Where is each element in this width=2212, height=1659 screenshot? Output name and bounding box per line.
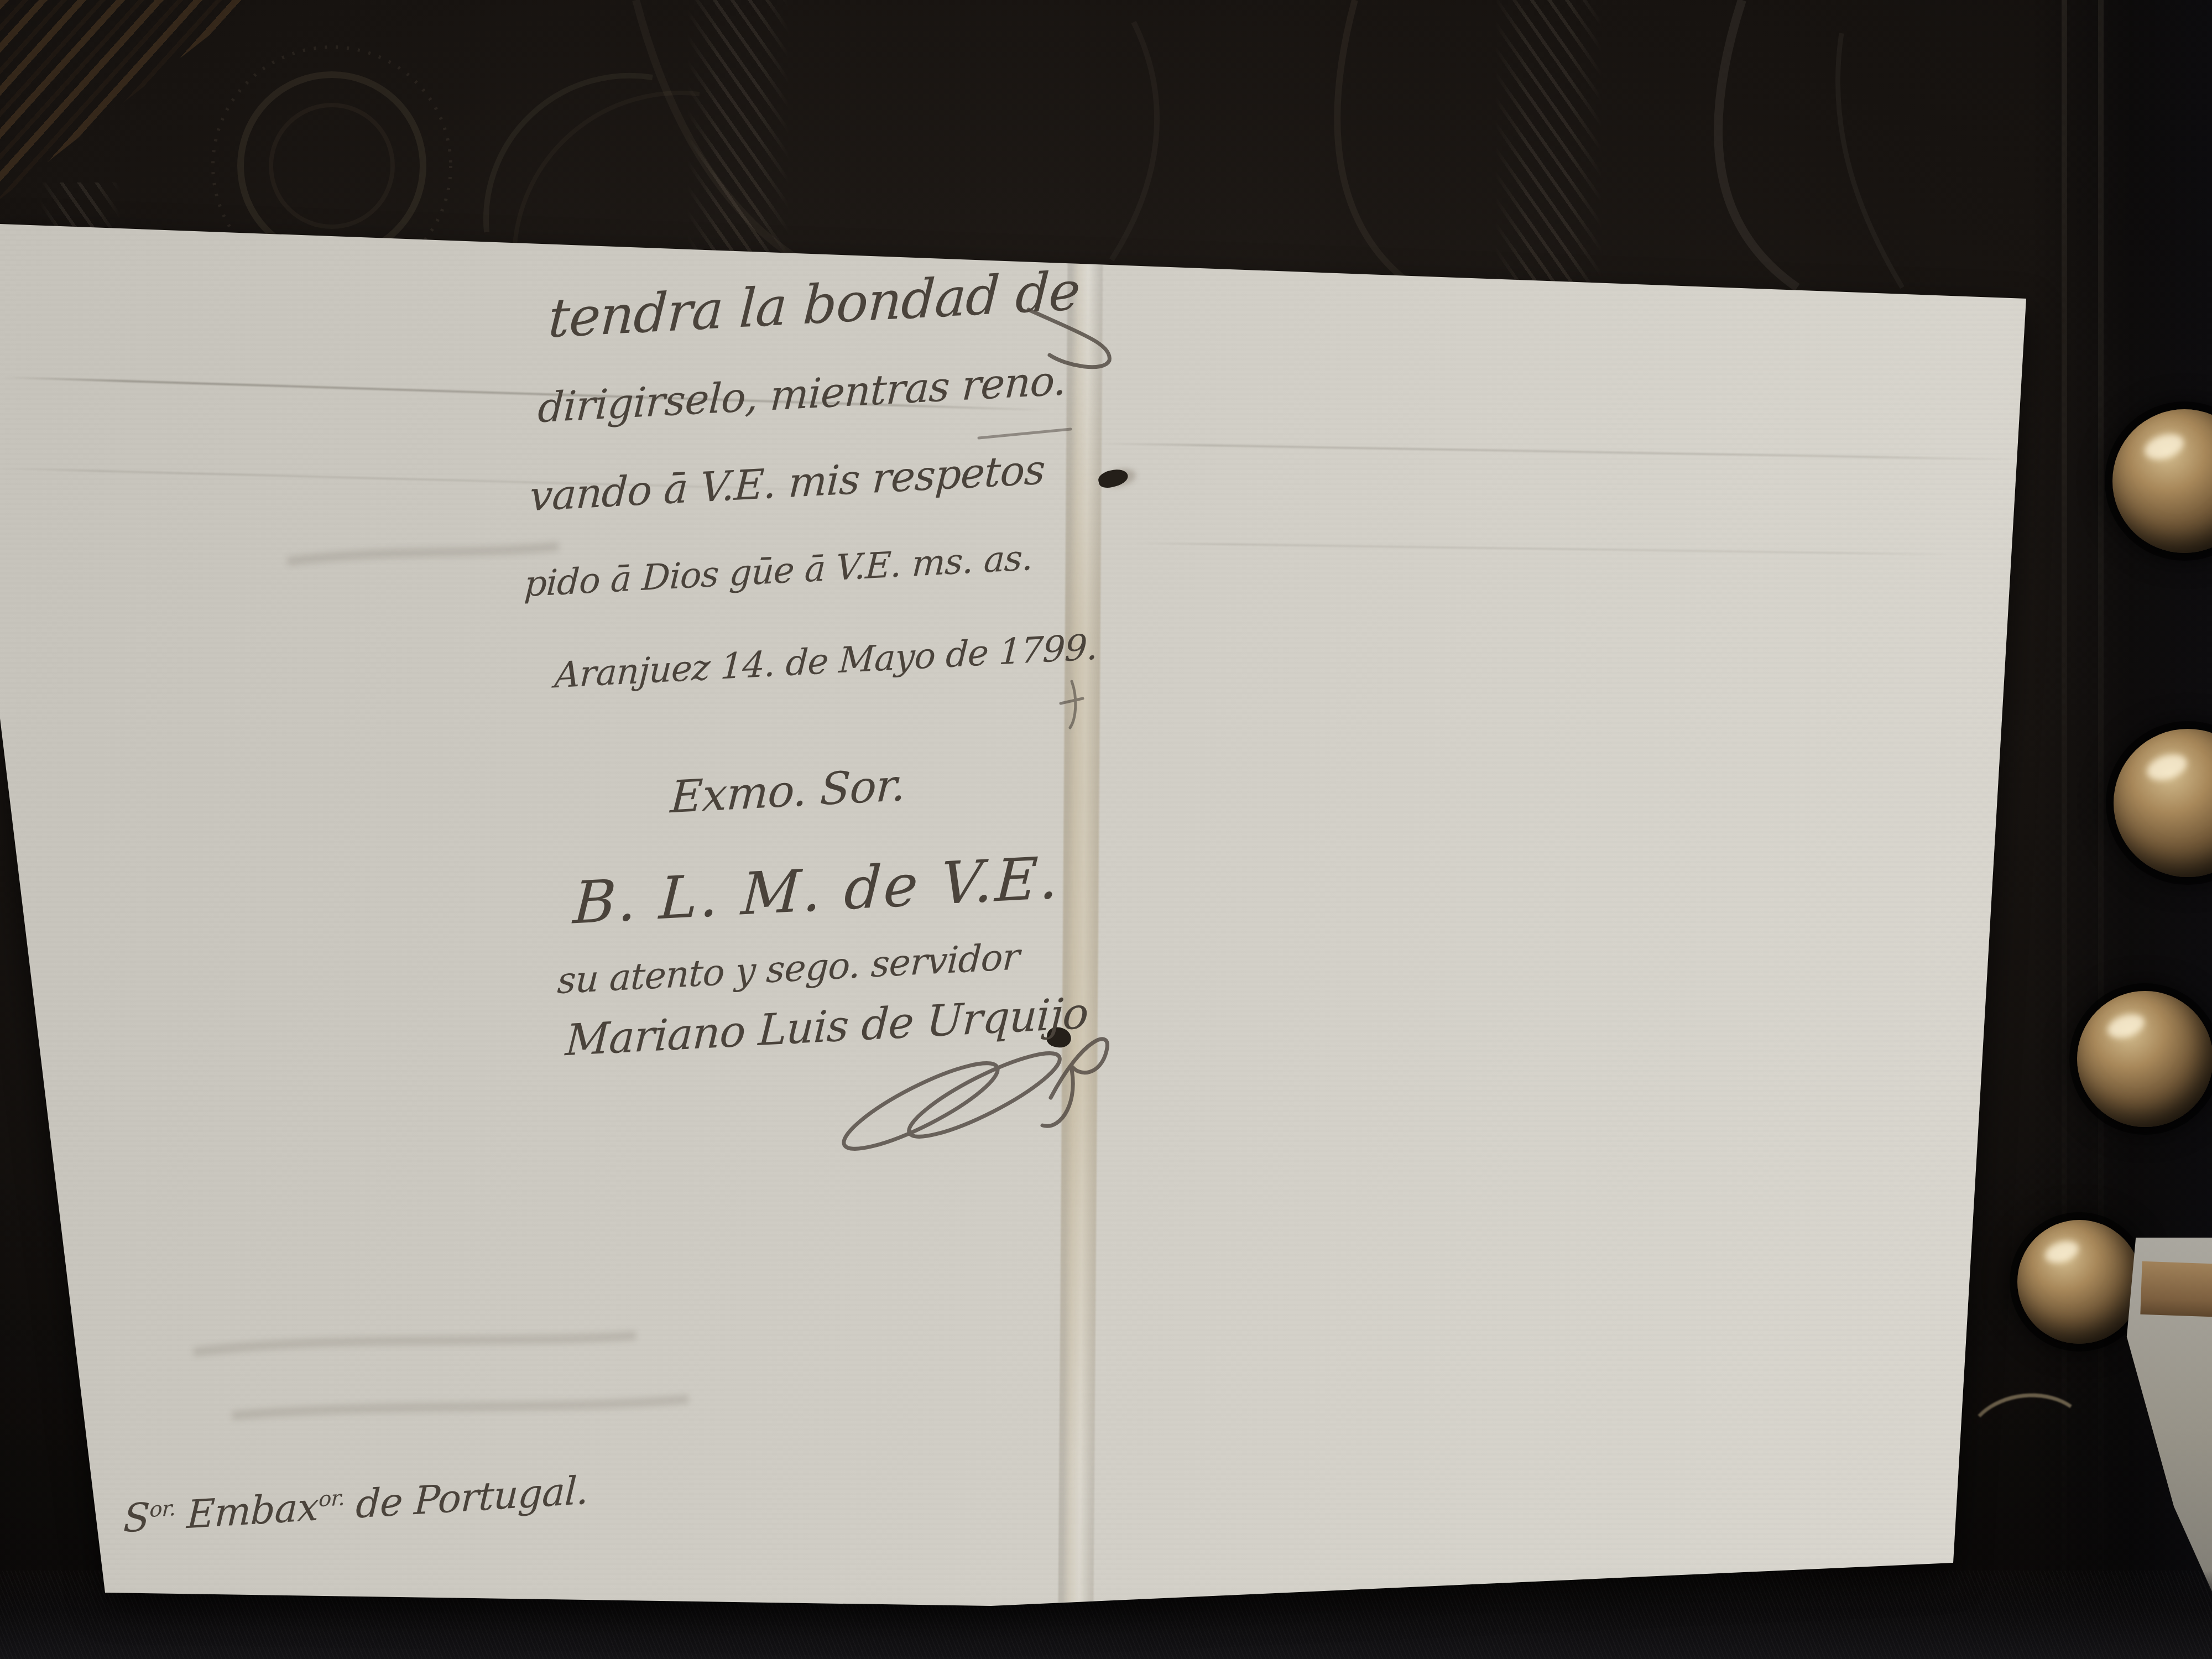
letter-sheet: tendra la bondad de dirigirselo, mientra… [0, 0, 2212, 1659]
signature-rubric [818, 1012, 1128, 1178]
letter-sheet-wrap: tendra la bondad de dirigirselo, mientra… [0, 0, 2212, 1659]
ink-flourishes [0, 0, 2212, 1659]
photo-of-manuscript: tendra la bondad de dirigirselo, mientra… [0, 0, 2212, 1659]
